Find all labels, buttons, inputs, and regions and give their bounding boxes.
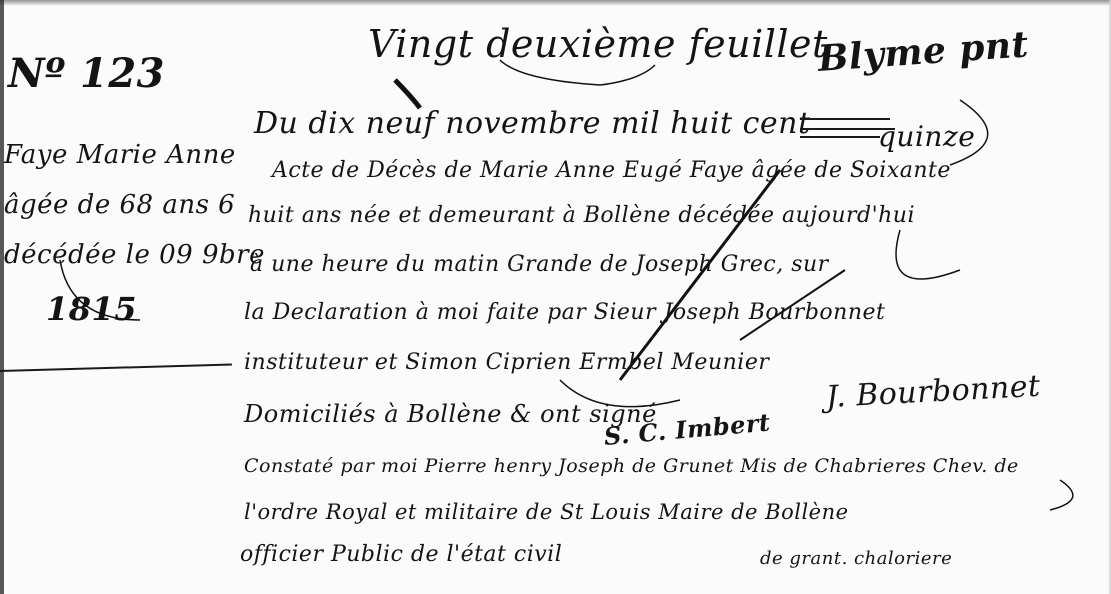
body-line-1: Du dix neuf novembre mil huit cent — [254, 106, 811, 141]
body-line-5: la Declaration à moi faite par Sieur Jos… — [244, 300, 885, 325]
margin-name: Faye Marie Anne — [4, 140, 236, 170]
body-line-4: à une heure du matin Grande de Joseph Gr… — [250, 252, 829, 277]
scanned-register-page: Nº 123 Vingt deuxième feuillet Blyme pnt… — [0, 0, 1111, 594]
body-line-6: instituteur et Simon Ciprien Ermbel Meun… — [244, 350, 769, 375]
body-line-10: officier Public de l'état civil — [240, 542, 562, 567]
strike-line — [800, 136, 880, 138]
entry-number: Nº 123 — [8, 50, 165, 97]
folio-heading: Vingt deuxième feuillet — [368, 22, 828, 66]
margin-age: âgée de 68 ans 6 — [4, 190, 235, 220]
body-line-9: l'ordre Royal et militaire de St Louis M… — [244, 500, 849, 524]
body-line-8: Constaté par moi Pierre henry Joseph de … — [244, 455, 1019, 477]
margin-year: 1815 — [46, 290, 137, 328]
strike-line — [800, 128, 895, 130]
page-left-edge — [0, 0, 4, 594]
page-top-shadow — [0, 0, 1111, 6]
body-line-2: Acte de Décès de Marie Anne Eugé Faye âg… — [272, 158, 951, 183]
body-line-10-end: de grant. chaloriere — [760, 548, 952, 569]
initials-header: Blyme pnt — [817, 23, 1030, 80]
body-line-3: huit ans née et demeurant à Bollène décé… — [248, 203, 915, 228]
signature-bourbonnet: J. Bourbonnet — [825, 369, 1041, 415]
body-line-1-end: quinze — [878, 120, 975, 153]
strike-line — [800, 118, 890, 120]
margin-death-date: décédée le 09 9bre — [4, 240, 265, 270]
margin-separator-line — [0, 364, 232, 372]
body-line-7: Domiciliés à Bollène & ont signé — [244, 400, 657, 428]
